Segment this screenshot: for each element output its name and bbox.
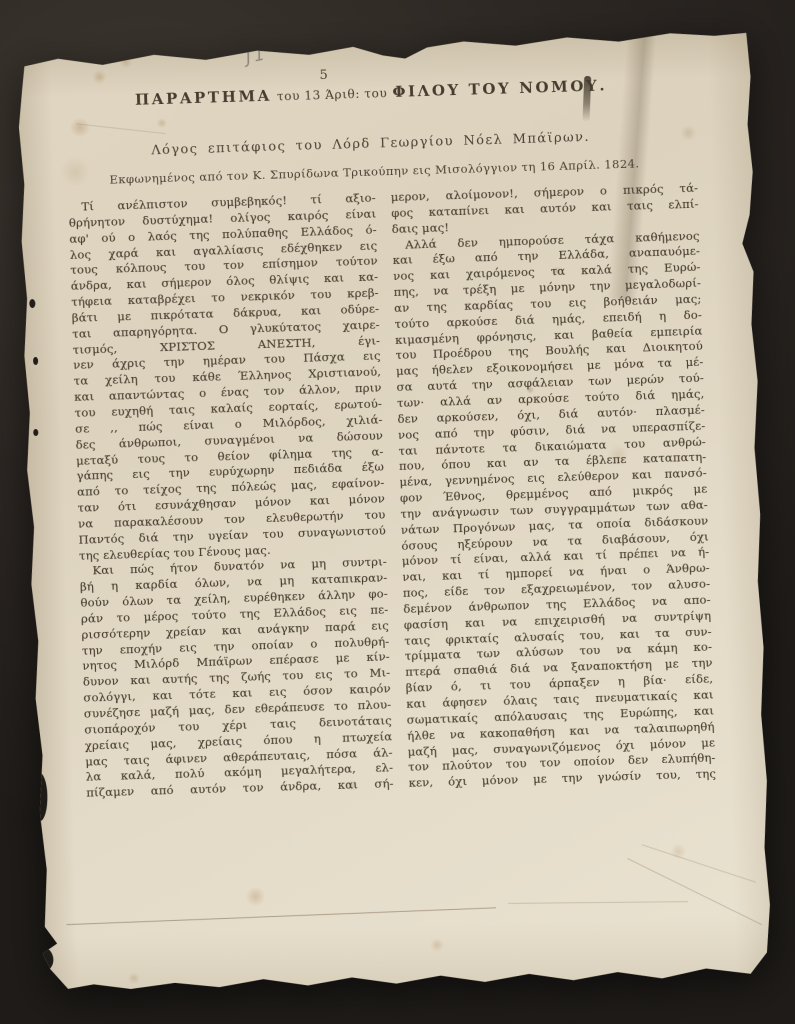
pencil-annotation: J1 — [244, 44, 269, 68]
masthead: ΠΑΡΑΡΤΗΜΑ του 13 Άριθ: του ΦΙΛΟΥ ΤΟΥ ΝΟΜ… — [15, 72, 727, 113]
right-column: μερον, αλοίμονον!, σήμερον ο πικρός τά-φ… — [391, 181, 717, 792]
paper-sheet: J1 5 ΠΑΡΑΡΤΗΜΑ του 13 Άριθ: του ΦΙΛΟΥ ΤΟ… — [14, 29, 781, 1003]
scanned-page-wrapper: J1 5 ΠΑΡΑΡΤΗΜΑ του 13 Άριθ: του ΦΙΛΟΥ ΤΟ… — [14, 29, 781, 1003]
two-column-text: Τί ανέλπιστον συμβεβηκός! τί αξιο-θρήνητ… — [68, 181, 716, 802]
masthead-part1: ΠΑΡΑΡΤΗΜΑ — [135, 87, 272, 109]
masthead-part3: ΦΙΛΟΥ ΤΟΥ ΝΟΜΟΥ. — [392, 76, 607, 101]
printed-content: J1 5 ΠΑΡΑΡΤΗΜΑ του 13 Άριθ: του ΦΙΛΟΥ ΤΟ… — [14, 29, 781, 1003]
paragraph: Και πώς ήτον δυνατόν να μη συντρι-βή η κ… — [79, 555, 394, 802]
page-number: 5 — [319, 68, 329, 83]
paragraph: Τί ανέλπιστον συμβεβηκός! τί αξιο-θρήνητ… — [68, 191, 386, 565]
masthead-part2: του 13 Άριθ: του — [277, 86, 388, 103]
paragraph: Αλλά δεν ημπορούσε τάχα καθήμενοςκαι έξω… — [392, 228, 716, 792]
left-column: Τί ανέλπιστον συμβεβηκός! τί αξιο-θρήνητ… — [68, 191, 394, 802]
